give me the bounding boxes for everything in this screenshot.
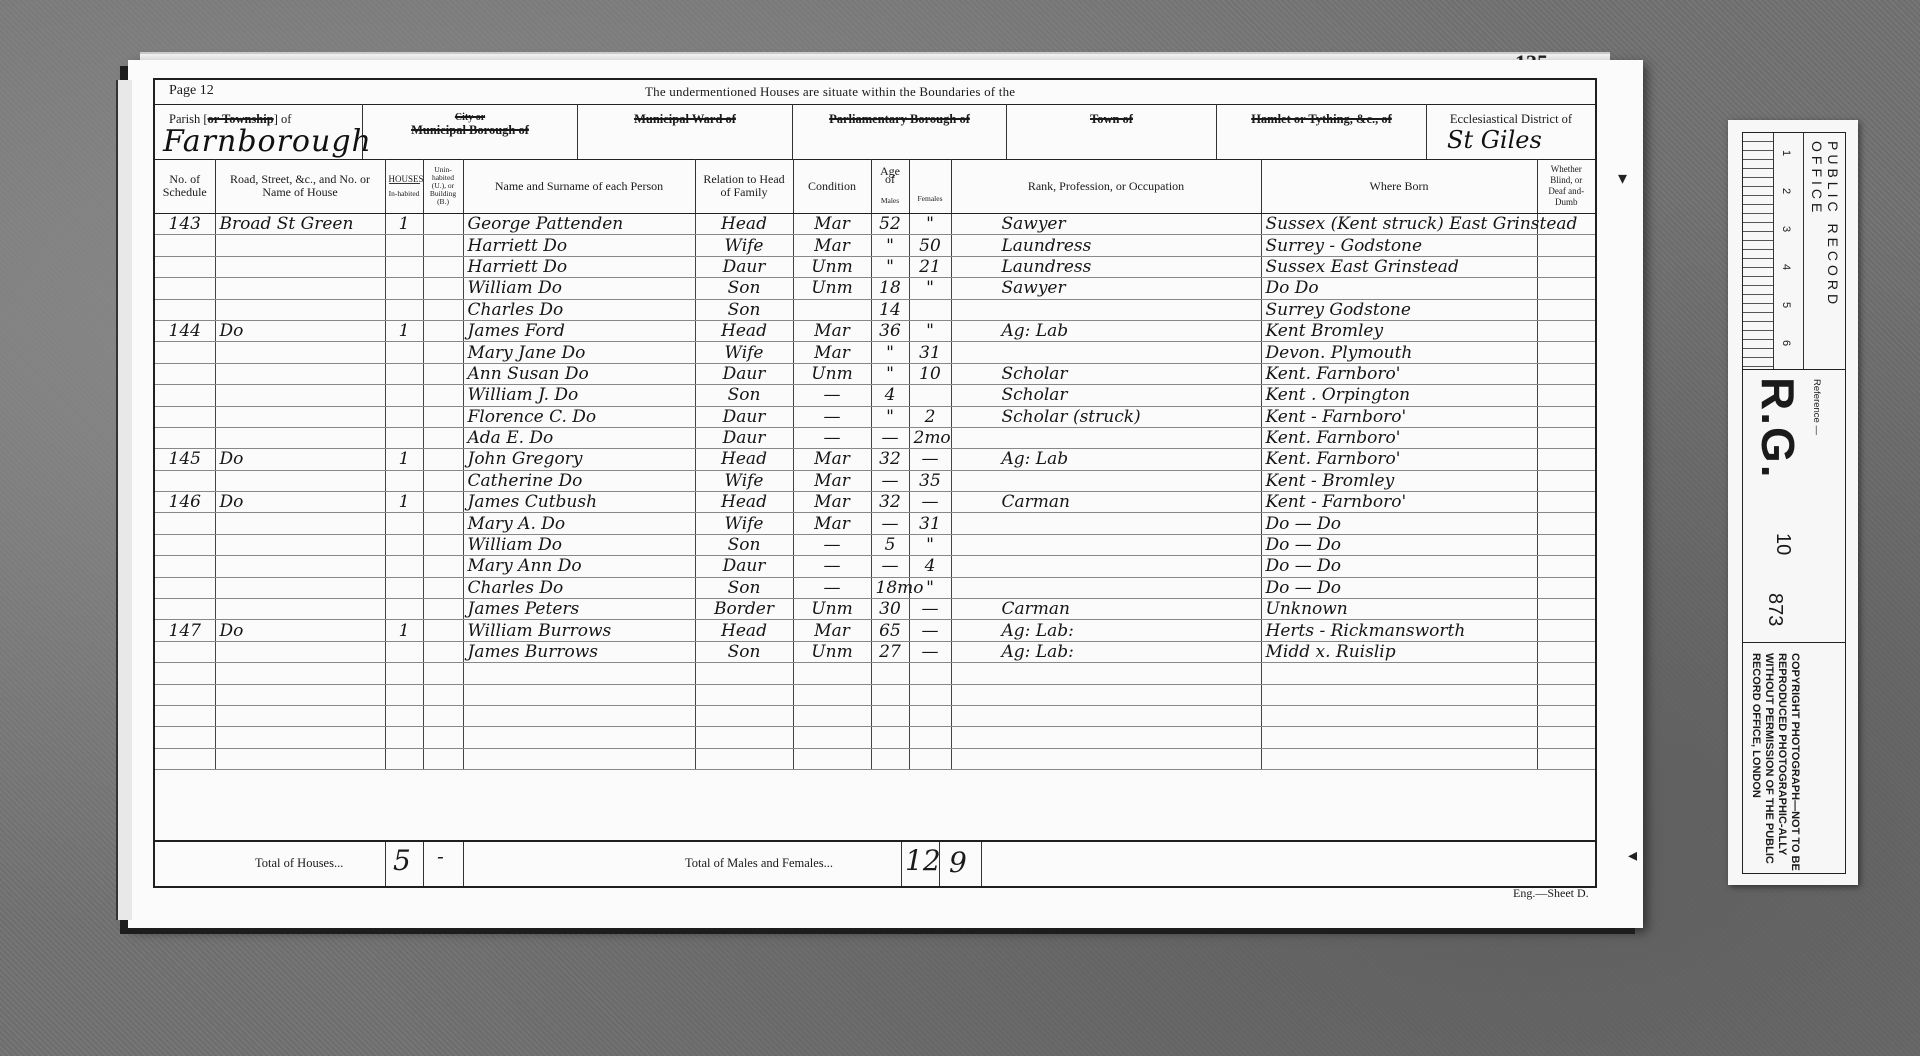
- age-male-cell: ": [871, 256, 909, 277]
- occupation-cell: Ag: Lab:: [951, 641, 1261, 662]
- condition-cell: Mar: [793, 513, 871, 534]
- occupation-cell: Scholar: [951, 385, 1261, 406]
- road-name-cell: [215, 235, 385, 256]
- uninhabited-cell: [423, 449, 463, 470]
- table-row: 143Broad St Green1George PattendenHeadMa…: [155, 214, 1595, 235]
- schedule-no-cell: [155, 641, 215, 662]
- blind-deaf-cell: [1537, 406, 1595, 427]
- table-row: Charles DoSon14Surrey Godstone: [155, 299, 1595, 320]
- table-row: 146Do1James CutbushHeadMar32—CarmanKent …: [155, 492, 1595, 513]
- person-name-cell: James Cutbush: [463, 492, 695, 513]
- age-male-cell: 18: [871, 278, 909, 299]
- occupation-cell: [951, 470, 1261, 491]
- table-row: Mary Ann DoDaur——4Do — Do: [155, 556, 1595, 577]
- age-female-cell: [909, 385, 951, 406]
- table-row: Harriett DoWifeMar"50LaundressSurrey - G…: [155, 235, 1595, 256]
- age-female-cell: —: [909, 620, 951, 641]
- schedule-no-cell: 143: [155, 214, 215, 235]
- age-female-cell: 31: [909, 513, 951, 534]
- road-name-cell: [215, 278, 385, 299]
- blind-deaf-cell: [1537, 320, 1595, 341]
- schedule-no-cell: [155, 278, 215, 299]
- table-row-empty: [155, 727, 1595, 748]
- relation-cell: Daur: [695, 427, 793, 448]
- relation-cell: Wife: [695, 470, 793, 491]
- condition-cell: Mar: [793, 214, 871, 235]
- age-male-cell: 52: [871, 214, 909, 235]
- col-age-females: Females: [909, 159, 951, 214]
- age-male-cell: 4: [871, 385, 909, 406]
- relation-cell: Wife: [695, 513, 793, 534]
- col-age-males: Age ofMales: [871, 159, 909, 214]
- blind-deaf-cell: [1537, 342, 1595, 363]
- condition-cell: [793, 299, 871, 320]
- occupation-cell: Sawyer: [951, 214, 1261, 235]
- road-name-cell: [215, 556, 385, 577]
- where-born-cell: Do Do: [1261, 278, 1537, 299]
- census-table: No. of Schedule Road, Street, &c., and N…: [155, 159, 1595, 770]
- where-born-cell: Kent - Bromley: [1261, 470, 1537, 491]
- col-blind: Whether Blind, or Deaf and-Dumb: [1537, 159, 1595, 214]
- person-name-cell: William Do: [463, 534, 695, 555]
- col-occupation: Rank, Profession, or Occupation: [951, 159, 1261, 214]
- occupation-cell: Ag: Lab:: [951, 620, 1261, 641]
- inhabited-cell: [385, 363, 423, 384]
- person-name-cell: Charles Do: [463, 577, 695, 598]
- blind-deaf-cell: [1537, 620, 1595, 641]
- total-houses-label: Total of Houses...: [255, 856, 343, 871]
- occupation-cell: Ag: Lab: [951, 449, 1261, 470]
- blind-deaf-cell: [1537, 449, 1595, 470]
- age-female-cell: 2mo: [909, 427, 951, 448]
- schedule-no-cell: [155, 256, 215, 277]
- where-born-cell: Kent - Farnboro': [1261, 492, 1537, 513]
- uninhabited-cell: [423, 534, 463, 555]
- age-male-cell: ": [871, 235, 909, 256]
- occupation-cell: [951, 427, 1261, 448]
- boundaries-heading: The undermentioned Houses are situate wi…: [645, 84, 1015, 100]
- ecclesiastical-district-value: St Giles: [1447, 126, 1542, 154]
- occupation-cell: Ag: Lab: [951, 320, 1261, 341]
- municipal-ward-cell: Municipal Ward of: [578, 104, 793, 159]
- inhabited-cell: [385, 641, 423, 662]
- blind-deaf-cell: [1537, 278, 1595, 299]
- where-born-cell: Herts - Rickmansworth: [1261, 620, 1537, 641]
- ruler-number: 3: [1780, 226, 1792, 232]
- col-uninhabited: Unin-habited (U.), or Building (B.): [423, 159, 463, 214]
- pro-title: PUBLIC RECORD OFFICE: [1809, 141, 1841, 369]
- table-row: Florence C. DoDaur—"2Scholar (struck)Ken…: [155, 406, 1595, 427]
- age-male-cell: ": [871, 363, 909, 384]
- schedule-no-cell: [155, 363, 215, 384]
- road-name-cell: Do: [215, 320, 385, 341]
- column-header-row: No. of Schedule Road, Street, &c., and N…: [155, 159, 1595, 214]
- where-born-cell: Do — Do: [1261, 556, 1537, 577]
- road-name-cell: Do: [215, 492, 385, 513]
- col-name: Name and Surname of each Person: [463, 159, 695, 214]
- inhabited-cell: [385, 406, 423, 427]
- total-females: 9: [949, 846, 967, 879]
- schedule-no-cell: 144: [155, 320, 215, 341]
- ruler-number: 4: [1780, 264, 1792, 270]
- ruler-number: 1: [1780, 150, 1792, 156]
- schedule-no-cell: 146: [155, 492, 215, 513]
- person-name-cell: Mary Ann Do: [463, 556, 695, 577]
- age-male-cell: —: [871, 556, 909, 577]
- relation-cell: Head: [695, 214, 793, 235]
- blind-deaf-cell: [1537, 363, 1595, 384]
- where-born-cell: Kent . Orpington: [1261, 385, 1537, 406]
- table-row: Catherine DoWifeMar—35Kent - Bromley: [155, 470, 1595, 491]
- table-row: 147Do1William BurrowsHeadMar65—Ag: Lab:H…: [155, 620, 1595, 641]
- boundaries-row: Parish [or Township] of Farnborough City…: [155, 104, 1595, 160]
- occupation-cell: Carman: [951, 599, 1261, 620]
- person-name-cell: Mary Jane Do: [463, 342, 695, 363]
- age-male-cell: 32: [871, 492, 909, 513]
- uninhabited-cell: [423, 577, 463, 598]
- blind-deaf-cell: [1537, 385, 1595, 406]
- schedule-no-cell: [155, 599, 215, 620]
- age-male-cell: 30: [871, 599, 909, 620]
- inhabited-cell: 1: [385, 492, 423, 513]
- ruler-number: 5: [1780, 302, 1792, 308]
- ruler-number: 2: [1780, 188, 1792, 194]
- occupation-cell: [951, 342, 1261, 363]
- reference-label: Reference —: [1811, 379, 1822, 435]
- table-row: 145Do1John GregoryHeadMar32—Ag: LabKent.…: [155, 449, 1595, 470]
- age-female-cell: —: [909, 599, 951, 620]
- where-born-cell: Devon. Plymouth: [1261, 342, 1537, 363]
- age-male-cell: —: [871, 427, 909, 448]
- col-inhabited: HOUSESIn-habited: [385, 159, 423, 214]
- inhabited-cell: 1: [385, 320, 423, 341]
- where-born-cell: Do — Do: [1261, 577, 1537, 598]
- margin-mark: ◂: [1628, 845, 1637, 866]
- total-males: 12: [905, 844, 941, 877]
- scale-ruler: 123456 PUBLIC RECORD OFFICE: [1743, 133, 1845, 370]
- relation-cell: Head: [695, 492, 793, 513]
- uninhabited-cell: [423, 385, 463, 406]
- where-born-cell: Do — Do: [1261, 513, 1537, 534]
- schedule-no-cell: [155, 577, 215, 598]
- inhabited-cell: 1: [385, 214, 423, 235]
- occupation-cell: [951, 513, 1261, 534]
- inhabited-cell: [385, 513, 423, 534]
- table-row-empty: [155, 684, 1595, 705]
- person-name-cell: William Do: [463, 278, 695, 299]
- person-name-cell: Charles Do: [463, 299, 695, 320]
- occupation-cell: [951, 577, 1261, 598]
- road-name-cell: Broad St Green: [215, 214, 385, 235]
- inhabited-cell: [385, 342, 423, 363]
- age-male-cell: —: [871, 470, 909, 491]
- blind-deaf-cell: [1537, 427, 1595, 448]
- relation-cell: Daur: [695, 406, 793, 427]
- inhabited-cell: [385, 534, 423, 555]
- condition-cell: —: [793, 406, 871, 427]
- schedule-no-cell: [155, 235, 215, 256]
- table-row-empty: [155, 663, 1595, 684]
- age-female-cell: 31: [909, 342, 951, 363]
- blind-deaf-cell: [1537, 577, 1595, 598]
- schedule-no-cell: [155, 406, 215, 427]
- parliamentary-borough-cell: Parliamentary Borough of: [793, 104, 1007, 159]
- uninhabited-cell: [423, 470, 463, 491]
- total-persons-label: Total of Males and Females...: [685, 856, 833, 871]
- schedule-no-cell: 145: [155, 449, 215, 470]
- condition-cell: Mar: [793, 449, 871, 470]
- age-female-cell: 21: [909, 256, 951, 277]
- parish-value: Farnborough: [163, 124, 372, 159]
- schedule-no-cell: [155, 299, 215, 320]
- table-row: William DoSonUnm18"SawyerDo Do: [155, 278, 1595, 299]
- age-male-cell: 65: [871, 620, 909, 641]
- public-record-office-strip: 123456 PUBLIC RECORD OFFICE Reference — …: [1728, 120, 1858, 885]
- occupation-cell: Laundress: [951, 235, 1261, 256]
- blind-deaf-cell: [1537, 534, 1595, 555]
- schedule-no-cell: [155, 534, 215, 555]
- age-male-cell: 36: [871, 320, 909, 341]
- condition-cell: —: [793, 577, 871, 598]
- relation-cell: Son: [695, 577, 793, 598]
- person-name-cell: William J. Do: [463, 385, 695, 406]
- person-name-cell: Catherine Do: [463, 470, 695, 491]
- road-name-cell: Do: [215, 620, 385, 641]
- schedule-no-cell: [155, 427, 215, 448]
- road-name-cell: [215, 577, 385, 598]
- where-born-cell: Sussex (Kent struck) East Grinstead: [1261, 214, 1537, 235]
- relation-cell: Head: [695, 320, 793, 341]
- inhabited-cell: [385, 470, 423, 491]
- census-rows: 143Broad St Green1George PattendenHeadMa…: [155, 214, 1595, 770]
- blind-deaf-cell: [1537, 599, 1595, 620]
- where-born-cell: Midd x. Ruislip: [1261, 641, 1537, 662]
- road-name-cell: [215, 641, 385, 662]
- person-name-cell: George Pattenden: [463, 214, 695, 235]
- age-male-cell: 18mo: [871, 577, 909, 598]
- reference-class: R.G.: [1751, 377, 1805, 480]
- road-name-cell: [215, 363, 385, 384]
- age-female-cell: ": [909, 214, 951, 235]
- road-name-cell: [215, 385, 385, 406]
- where-born-cell: Surrey Godstone: [1261, 299, 1537, 320]
- road-name-cell: [215, 342, 385, 363]
- uninhabited-cell: [423, 620, 463, 641]
- schedule-no-cell: [155, 556, 215, 577]
- relation-cell: Son: [695, 385, 793, 406]
- age-male-cell: 14: [871, 299, 909, 320]
- col-where-born: Where Born: [1261, 159, 1537, 214]
- occupation-cell: Carman: [951, 492, 1261, 513]
- blind-deaf-cell: [1537, 235, 1595, 256]
- road-name-cell: [215, 513, 385, 534]
- age-female-cell: ": [909, 278, 951, 299]
- inhabited-cell: [385, 278, 423, 299]
- municipal-borough-cell: City or Municipal Borough of: [363, 104, 578, 159]
- condition-cell: —: [793, 534, 871, 555]
- inhabited-cell: 1: [385, 620, 423, 641]
- condition-cell: Unm: [793, 599, 871, 620]
- uninhabited-cell: [423, 406, 463, 427]
- table-row: Charles DoSon—18mo"Do — Do: [155, 577, 1595, 598]
- relation-cell: Head: [695, 449, 793, 470]
- inhabited-cell: [385, 556, 423, 577]
- relation-cell: Daur: [695, 256, 793, 277]
- reference-piece: 873: [1763, 593, 1786, 626]
- inhabited-cell: [385, 299, 423, 320]
- inhabited-cell: [385, 385, 423, 406]
- person-name-cell: James Burrows: [463, 641, 695, 662]
- age-female-cell: —: [909, 492, 951, 513]
- occupation-cell: Laundress: [951, 256, 1261, 277]
- uninhabited-cell: [423, 320, 463, 341]
- schedule-no-cell: [155, 385, 215, 406]
- relation-cell: Son: [695, 278, 793, 299]
- age-male-cell: ": [871, 342, 909, 363]
- sheet-label: Eng.—Sheet D.: [1513, 886, 1589, 901]
- page-label: Page 12: [169, 83, 214, 99]
- person-name-cell: Harriett Do: [463, 235, 695, 256]
- condition-cell: Mar: [793, 320, 871, 341]
- uninhabited-cell: [423, 599, 463, 620]
- inhabited-cell: [385, 577, 423, 598]
- person-name-cell: James Ford: [463, 320, 695, 341]
- age-female-cell: [909, 299, 951, 320]
- age-male-cell: ": [871, 406, 909, 427]
- age-female-cell: 4: [909, 556, 951, 577]
- condition-cell: —: [793, 556, 871, 577]
- inhabited-cell: [385, 427, 423, 448]
- occupation-cell: [951, 556, 1261, 577]
- condition-cell: Unm: [793, 641, 871, 662]
- relation-cell: Wife: [695, 342, 793, 363]
- copyright-notice: COPYRIGHT PHOTOGRAPH—NOT TO BE REPRODUCE…: [1749, 653, 1801, 873]
- inhabited-cell: [385, 599, 423, 620]
- blind-deaf-cell: [1537, 256, 1595, 277]
- person-name-cell: Mary A. Do: [463, 513, 695, 534]
- col-condition: Condition: [793, 159, 871, 214]
- age-male-cell: 27: [871, 641, 909, 662]
- condition-cell: Mar: [793, 620, 871, 641]
- condition-cell: —: [793, 427, 871, 448]
- road-name-cell: [215, 599, 385, 620]
- inhabited-cell: [385, 256, 423, 277]
- parish-cell: Parish [or Township] of Farnborough: [155, 104, 363, 159]
- where-born-cell: Kent. Farnboro': [1261, 427, 1537, 448]
- inhabited-cell: [385, 235, 423, 256]
- schedule-no-cell: [155, 513, 215, 534]
- age-female-cell: —: [909, 641, 951, 662]
- blind-deaf-cell: [1537, 299, 1595, 320]
- schedule-no-cell: [155, 470, 215, 491]
- condition-cell: Mar: [793, 235, 871, 256]
- occupation-cell: [951, 299, 1261, 320]
- blind-deaf-cell: [1537, 556, 1595, 577]
- table-row: Ada E. DoDaur——2moKent. Farnboro': [155, 427, 1595, 448]
- occupation-cell: Scholar: [951, 363, 1261, 384]
- age-male-cell: 5: [871, 534, 909, 555]
- table-row: James PetersBorderUnm30—CarmanUnknown: [155, 599, 1595, 620]
- condition-cell: —: [793, 385, 871, 406]
- condition-cell: Unm: [793, 363, 871, 384]
- ecclesiastical-district-cell: Ecclesiastical District of St Giles: [1427, 104, 1595, 159]
- table-row: Ann Susan DoDaurUnm"10ScholarKent. Farnb…: [155, 363, 1595, 384]
- where-born-cell: Unknown: [1261, 599, 1537, 620]
- uninhabited-cell: [423, 299, 463, 320]
- margin-mark: ▾: [1618, 168, 1627, 189]
- table-row-empty: [155, 705, 1595, 726]
- uninhabited-cell: [423, 214, 463, 235]
- schedule-no-cell: 147: [155, 620, 215, 641]
- where-born-cell: Kent. Farnboro': [1261, 363, 1537, 384]
- col-relation: Relation to Head of Family: [695, 159, 793, 214]
- where-born-cell: Kent Bromley: [1261, 320, 1537, 341]
- where-born-cell: Do — Do: [1261, 534, 1537, 555]
- uninhabited-cell: [423, 427, 463, 448]
- census-page: Page 12 The undermentioned Houses are si…: [128, 60, 1643, 928]
- schedule-no-cell: [155, 342, 215, 363]
- age-female-cell: —: [909, 449, 951, 470]
- blind-deaf-cell: [1537, 492, 1595, 513]
- table-row: James BurrowsSonUnm27—Ag: Lab:Midd x. Ru…: [155, 641, 1595, 662]
- age-female-cell: 35: [909, 470, 951, 491]
- road-name-cell: [215, 470, 385, 491]
- age-female-cell: 10: [909, 363, 951, 384]
- person-name-cell: Florence C. Do: [463, 406, 695, 427]
- uninhabited-cell: [423, 235, 463, 256]
- relation-cell: Son: [695, 534, 793, 555]
- condition-cell: Unm: [793, 278, 871, 299]
- uninhabited-cell: [423, 256, 463, 277]
- uninhabited-cell: [423, 363, 463, 384]
- totals-row: Total of Houses... 5 - Total of Males an…: [155, 840, 1595, 886]
- road-name-cell: [215, 406, 385, 427]
- relation-cell: Daur: [695, 363, 793, 384]
- condition-cell: Mar: [793, 492, 871, 513]
- blind-deaf-cell: [1537, 641, 1595, 662]
- hamlet-cell: Hamlet or Tything, &c., of: [1217, 104, 1427, 159]
- condition-cell: Mar: [793, 342, 871, 363]
- age-female-cell: 50: [909, 235, 951, 256]
- relation-cell: Son: [695, 641, 793, 662]
- age-female-cell: ": [909, 534, 951, 555]
- occupation-cell: Scholar (struck): [951, 406, 1261, 427]
- person-name-cell: John Gregory: [463, 449, 695, 470]
- road-name-cell: [215, 534, 385, 555]
- road-name-cell: [215, 427, 385, 448]
- age-female-cell: ": [909, 320, 951, 341]
- person-name-cell: Harriett Do: [463, 256, 695, 277]
- table-row: William J. DoSon—4ScholarKent . Orpingto…: [155, 385, 1595, 406]
- road-name-cell: [215, 256, 385, 277]
- where-born-cell: Kent. Farnboro': [1261, 449, 1537, 470]
- relation-cell: Head: [695, 620, 793, 641]
- uninhabited-cell: [423, 492, 463, 513]
- occupation-cell: [951, 534, 1261, 555]
- table-row: William DoSon—5"Do — Do: [155, 534, 1595, 555]
- uninhabited-cell: [423, 278, 463, 299]
- census-form: Page 12 The undermentioned Houses are si…: [153, 78, 1597, 888]
- table-row-empty: [155, 748, 1595, 769]
- where-born-cell: Sussex East Grinstead: [1261, 256, 1537, 277]
- reference-series: 10: [1771, 533, 1794, 555]
- person-name-cell: Ada E. Do: [463, 427, 695, 448]
- where-born-cell: Kent - Farnboro': [1261, 406, 1537, 427]
- road-name-cell: Do: [215, 449, 385, 470]
- inhabited-cell: 1: [385, 449, 423, 470]
- uninhabited-cell: [423, 342, 463, 363]
- title-row: Page 12 The undermentioned Houses are si…: [155, 80, 1595, 105]
